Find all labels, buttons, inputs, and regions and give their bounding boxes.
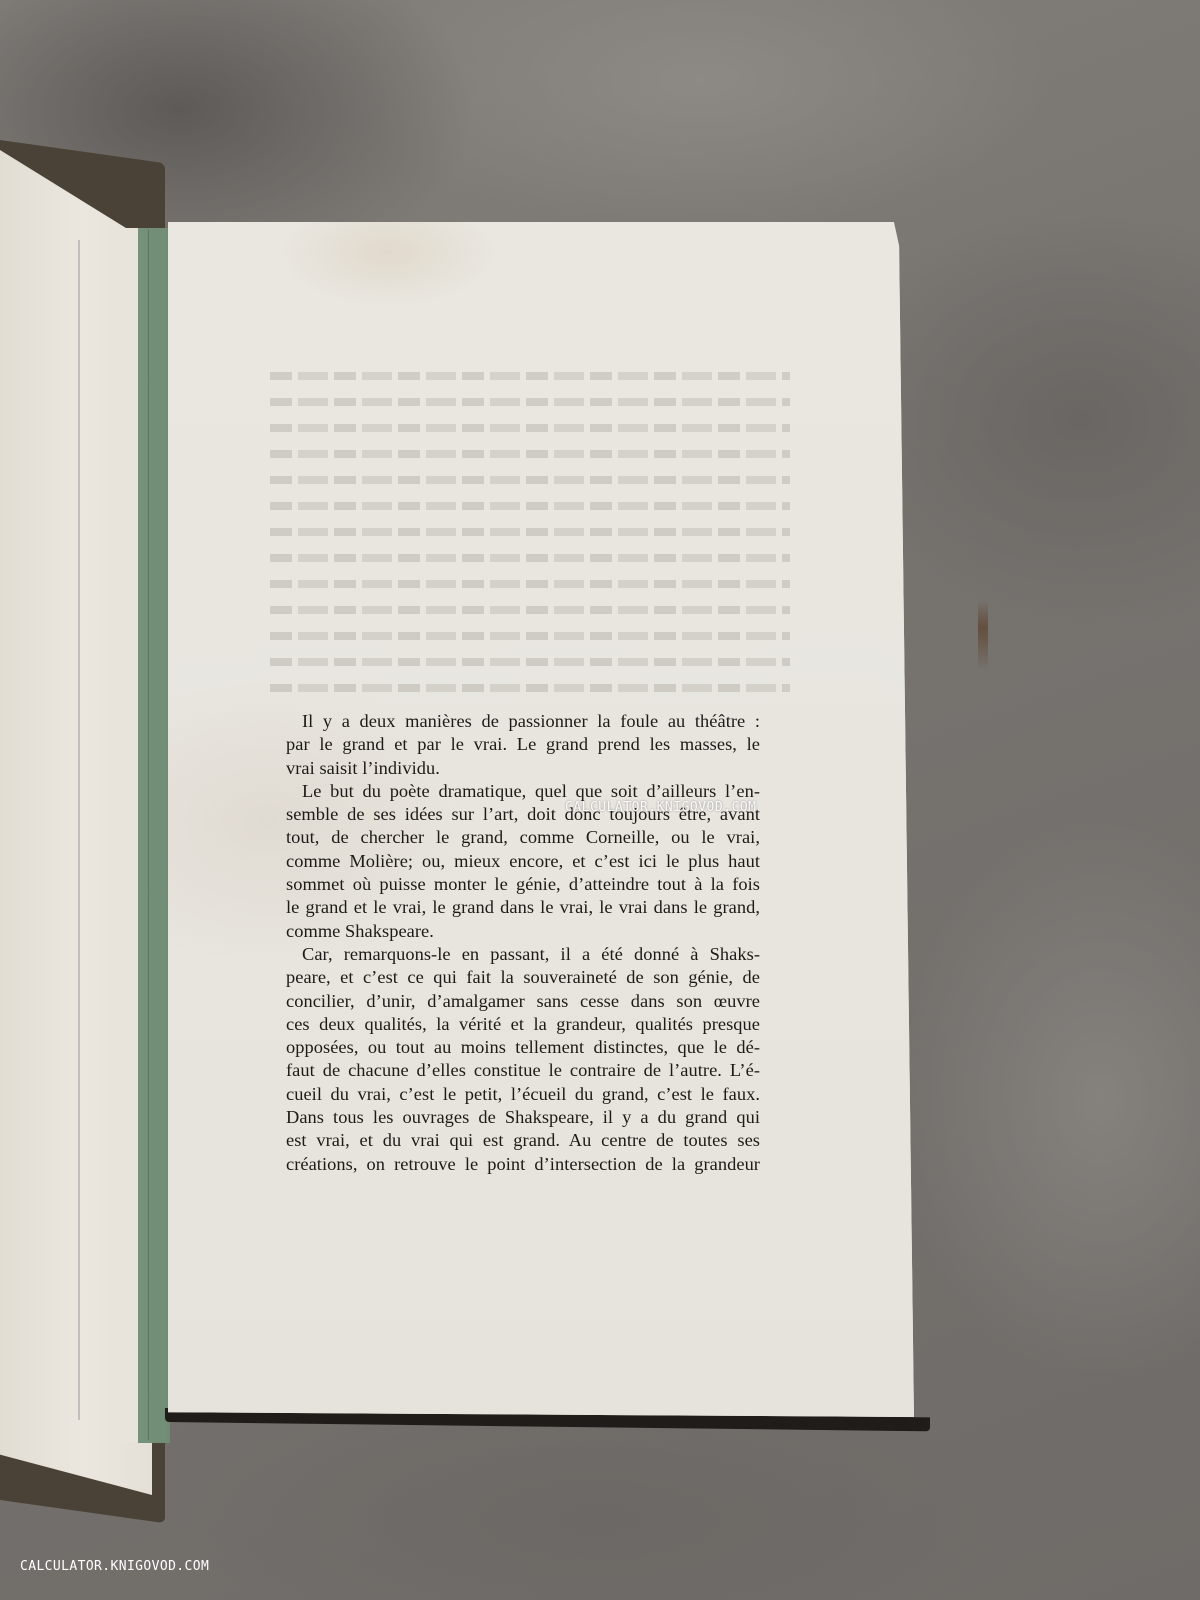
text-line: concilier, d’unir, d’amalgamer sans cess…: [268, 990, 760, 1013]
body-text: Il y a deux manières de passionner la fo…: [268, 710, 760, 1176]
text-line: vrai saisit l’individu.: [268, 757, 760, 780]
text-line: tout, de chercher le grand, comme Cornei…: [268, 826, 760, 849]
paragraph-1: Il y a deux manières de passionner la fo…: [268, 710, 760, 780]
surface-stain: [978, 600, 988, 670]
text-line: Car, remarquons-le en passant, il a été …: [268, 943, 760, 966]
text-line: Dans tous les ouvrages de Shakspeare, il…: [268, 1106, 760, 1129]
text-line: est vrai, et du vrai qui est grand. Au c…: [268, 1129, 760, 1152]
text-line: comme Shakspeare.: [268, 920, 760, 943]
watermark-overlay: CALCULATOR.KNIGOVOD.COM: [565, 800, 757, 815]
green-spine-strip: [148, 230, 167, 1440]
text-line: Il y a deux manières de passionner la fo…: [268, 710, 760, 733]
printed-page: Il y a deux manières de passionner la fo…: [168, 222, 914, 1417]
text-line: par le grand et par le vrai. Le grand pr…: [268, 733, 760, 756]
bleed-through-text: [270, 372, 790, 710]
text-line: sommet où puisse monter le génie, d’atte…: [268, 873, 760, 896]
text-line: faut de chacune d’elles constitue le con…: [268, 1059, 760, 1082]
paragraph-3: Car, remarquons-le en passant, il a été …: [268, 943, 760, 1176]
text-line: comme Molière; ou, mieux encore, et c’es…: [268, 850, 760, 873]
text-line: cueil du vrai, c’est le petit, l’écueil …: [268, 1083, 760, 1106]
flyleaf-fold-crease: [78, 240, 80, 1420]
text-line: ces deux qualités, la vérité et la grand…: [268, 1013, 760, 1036]
text-line: peare, et c’est ce qui fait la souverain…: [268, 966, 760, 989]
text-line: le grand et le vrai, le grand dans le vr…: [268, 896, 760, 919]
text-line: opposées, ou tout au moins tellement dis…: [268, 1036, 760, 1059]
watermark-footer: CALCULATOR.KNIGOVOD.COM: [20, 1559, 209, 1574]
text-line: créations, on retrouve le point d’inters…: [268, 1153, 760, 1176]
